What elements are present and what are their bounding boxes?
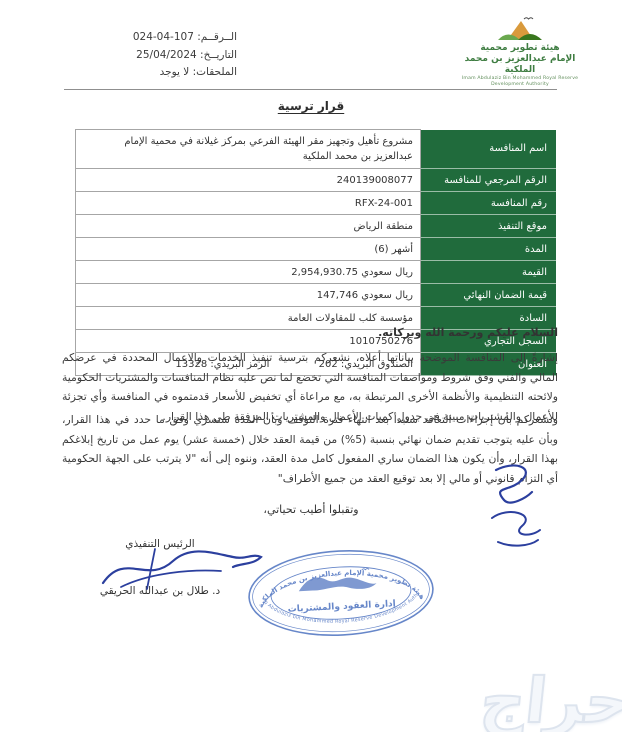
value-amount: 2,954,930.75 ريال سعودي <box>76 261 421 284</box>
value-label: القيمة <box>421 261 557 284</box>
table-row: 240139008077 الرقم المرجعي للمنافسة <box>76 169 557 192</box>
competition-name-label: اسم المنافسة <box>421 130 557 169</box>
procurement-department-stamp: هيئة تطوير محمية الإمام عبدالعزيز بن محم… <box>244 544 438 642</box>
document-meta: الــرقــم: 107-04-024 التاريــخ: 25/04/2… <box>113 29 237 82</box>
logo-name-ar-2: الإمام عبدالعزيز بن محمد الملكية <box>454 54 586 76</box>
competition-number-value: RFX-24-001 <box>76 192 421 215</box>
salutation: السلام عليكم ورحمة الله وبركاته. <box>378 326 558 339</box>
table-row: (6) أشهر المدة <box>76 238 557 261</box>
page-title: قرار ترسية <box>0 99 622 113</box>
document-attachments: الملحقات: لا يوجد <box>113 64 237 82</box>
execution-location-label: موقع التنفيذ <box>421 215 557 238</box>
competition-name-value: مشروع تأهيل وتجهيز مقر الهيئة الفرعي بمر… <box>76 130 421 169</box>
table-row: 147,746 ريال سعودي قيمة الضمان النهائي <box>76 284 557 307</box>
ceo-signature-scribble <box>95 543 267 593</box>
contractor-name-value: مؤسسة كلب للمقاولات العامة <box>76 307 421 330</box>
logo-name-en-2: Development Authority <box>454 82 586 88</box>
reference-number-label: الرقم المرجعي للمنافسة <box>421 169 557 192</box>
award-letter-page: الــرقــم: 107-04-024 التاريــخ: 25/04/2… <box>0 0 622 732</box>
final-guarantee-value: 147,746 ريال سعودي <box>76 284 421 307</box>
duration-value: (6) أشهر <box>76 238 421 261</box>
logo-name-ar-1: هيئة تطوير محمية <box>454 43 586 54</box>
table-row: منطقة الرياض موقع التنفيذ <box>76 215 557 238</box>
duration-label: المدة <box>421 238 557 261</box>
document-number: الــرقــم: 107-04-024 <box>113 29 237 47</box>
document-date: التاريــخ: 25/04/2024 <box>113 47 237 65</box>
reserve-logo-icon <box>496 16 544 43</box>
reference-number-value: 240139008077 <box>76 169 421 192</box>
stamp-center-text: إدارة العقود والمشتريات <box>287 599 396 615</box>
authority-logo: هيئة تطوير محمية الإمام عبدالعزيز بن محم… <box>454 16 586 88</box>
final-guarantee-label: قيمة الضمان النهائي <box>421 284 557 307</box>
execution-location-value: منطقة الرياض <box>76 215 421 238</box>
header-divider <box>64 89 557 90</box>
table-row: 2,954,930.75 ريال سعودي القيمة <box>76 261 557 284</box>
table-row: مشروع تأهيل وتجهيز مقر الهيئة الفرعي بمر… <box>76 130 557 169</box>
table-row: RFX-24-001 رقم المنافسة <box>76 192 557 215</box>
closing-line: وتقبلوا أطيب تحياتي، <box>0 503 622 516</box>
competition-number-label: رقم المنافسة <box>421 192 557 215</box>
haraj-watermark: حراج <box>477 664 622 732</box>
